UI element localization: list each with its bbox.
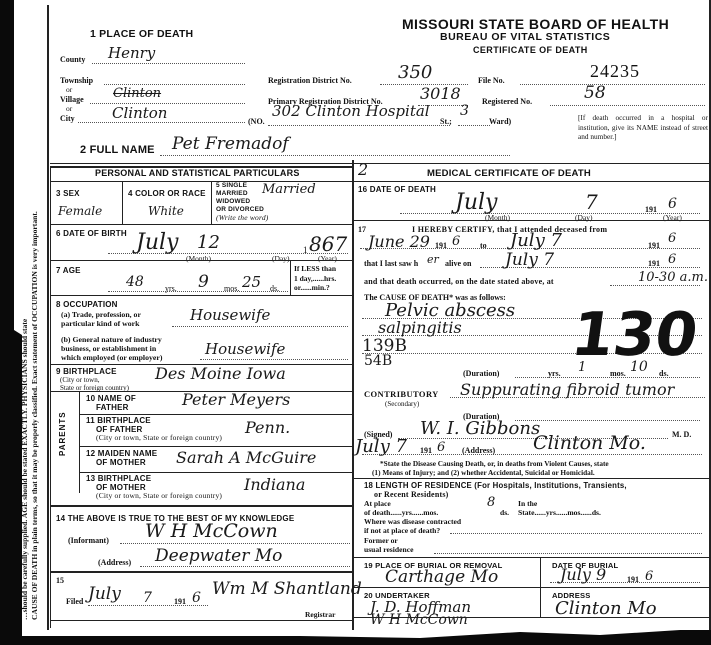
cause-footnote: *State the Disease Causing Death, or, in…	[372, 459, 609, 477]
filed-month[interactable]: July	[88, 584, 121, 604]
yrs-label: yrs.	[165, 284, 177, 293]
to-label: to	[480, 241, 487, 250]
primary-reg-value[interactable]: 3018	[420, 84, 461, 103]
sex-value[interactable]: Female	[58, 204, 102, 218]
city-value[interactable]: Clinton	[112, 104, 167, 122]
physician-address[interactable]: Clinton Mo.	[533, 432, 646, 454]
race-value[interactable]: White	[148, 204, 184, 218]
corner-mark: 2	[358, 160, 368, 179]
registrar-signature[interactable]: Wm M Shantland	[212, 579, 362, 599]
last-saw-text: that I last saw h	[364, 259, 418, 268]
mother-name-value[interactable]: Sarah A McGuire	[176, 448, 316, 467]
burial-date[interactable]: July 9	[560, 565, 606, 584]
place-of-death-heading: 1 PLACE OF DEATH	[90, 28, 193, 40]
filed-year[interactable]: 6	[192, 590, 201, 606]
full-name-value[interactable]: Pet Fremadof	[172, 134, 289, 154]
parents-label: PARENTS	[58, 411, 67, 456]
duration-mos[interactable]: 1	[578, 360, 586, 375]
township-label: Township	[60, 76, 93, 85]
last-saw-pronoun[interactable]: er	[427, 253, 439, 266]
full-name-label: 2 FULL NAME	[80, 144, 155, 156]
undertaker-value-2[interactable]: W H McCown	[370, 612, 468, 628]
secondary-label: (Secondary)	[385, 400, 419, 408]
dob-year-prefix: 1	[303, 245, 308, 255]
age-months[interactable]: 9	[198, 272, 209, 292]
attended-from[interactable]: June 29	[368, 232, 430, 251]
filed-number: 15	[56, 576, 64, 585]
county-value[interactable]: Henry	[108, 44, 155, 62]
duration-ds[interactable]: 10	[630, 359, 648, 375]
filed-label: Filed	[66, 597, 83, 606]
signed-year[interactable]: 6	[437, 440, 445, 455]
board-title: MISSOURI STATE BOARD OF HEALTH	[402, 16, 669, 32]
code-2: 54B	[364, 353, 392, 369]
bureau-title: BUREAU OF VITAL STATISTICS	[440, 31, 610, 43]
scan-bottom-edge	[0, 630, 711, 645]
last-saw-year[interactable]: 6	[668, 252, 676, 267]
dod-month[interactable]: July	[455, 190, 497, 215]
ward-value[interactable]: 3	[460, 103, 469, 119]
scan-edge	[0, 0, 22, 645]
burial-year[interactable]: 6	[645, 569, 653, 584]
birthplace-value[interactable]: Des Moine Iowa	[155, 364, 286, 383]
registered-no-value[interactable]: 58	[584, 83, 606, 103]
certify-number: 17	[358, 225, 366, 234]
race-label: 4 COLOR OR RACE	[128, 189, 206, 198]
residence-label: 18 LENGTH OF RESIDENCE (For Hospitals, I…	[364, 481, 627, 499]
county-label: County	[60, 55, 85, 64]
st-label: St.;	[440, 117, 452, 126]
father-name-value[interactable]: Peter Meyers	[182, 390, 290, 409]
contributory-label: CONTRIBUTORY	[364, 389, 439, 399]
age-days[interactable]: 25	[242, 273, 261, 291]
informant-address-value[interactable]: Deepwater Mo	[155, 546, 282, 566]
month-caption: (Month)	[186, 254, 211, 263]
village-value[interactable]: Clinton	[113, 86, 161, 101]
file-no-label: File No.	[478, 76, 505, 85]
attended-to-year[interactable]: 6	[668, 231, 676, 246]
certificate-title: CERTIFICATE OF DEATH	[473, 45, 588, 55]
dod-day[interactable]: 7	[585, 190, 598, 214]
side-instructions: …should be carefully supplied. AGE shoul…	[20, 211, 40, 620]
birthplace-label: 9 BIRTHPLACE	[56, 367, 117, 376]
frame-left	[47, 5, 49, 630]
day-caption: (Day)	[272, 254, 290, 263]
dob-year[interactable]: 867	[309, 232, 347, 256]
burial-place-value[interactable]: Carthage Mo	[385, 567, 498, 587]
cause-line-2[interactable]: salpingitis	[378, 318, 462, 337]
attended-to[interactable]: July 7	[510, 230, 562, 251]
last-saw-date[interactable]: July 7	[505, 250, 554, 270]
occupation-a-value[interactable]: Housewife	[190, 306, 270, 324]
personal-section-title: PERSONAL AND STATISTICAL PARTICULARS	[95, 168, 300, 178]
mother-birthplace-value[interactable]: Indiana	[244, 475, 305, 494]
alive-on-text: alive on	[445, 259, 471, 268]
street-value[interactable]: 302 Clinton Hospital	[272, 102, 430, 120]
undertaker-address-value[interactable]: Clinton Mo	[555, 598, 657, 619]
informant-address-label: (Address)	[98, 558, 131, 567]
duration-label: (Duration)	[463, 369, 499, 378]
dob-label: 6 DATE OF BIRTH	[56, 229, 127, 238]
physician-signature[interactable]: W. I. Gibbons	[420, 418, 540, 439]
city-label: City	[60, 114, 75, 123]
marital-labels: 5 SINGLE MARRIED WIDOWED OR DIVORCED (Wr…	[216, 182, 269, 222]
sex-label: 3 SEX	[56, 189, 80, 198]
filed-year-prefix: 191	[174, 597, 186, 606]
registrar-label: Registrar	[305, 610, 335, 619]
age-label: 7 AGE	[56, 266, 81, 275]
dob-month[interactable]: July	[136, 230, 178, 255]
reg-district-label: Registration District No.	[268, 76, 352, 85]
reg-district-value[interactable]: 350	[398, 62, 432, 83]
dod-year-prefix: 191	[645, 205, 657, 214]
year-caption: (Year)	[318, 254, 337, 263]
or-text: or	[66, 104, 72, 113]
or-text: or	[66, 85, 72, 94]
death-time[interactable]: 10-30 a.m.	[638, 270, 708, 285]
occupation-label: 8 OCCUPATION	[56, 300, 118, 309]
attended-from-year[interactable]: 6	[452, 234, 460, 249]
file-no-value: 24235	[590, 61, 640, 82]
less-than-text: If LESS than 1 day,......hrs. or......mi…	[294, 264, 336, 293]
age-years[interactable]: 48	[126, 274, 144, 290]
medical-section-title: MEDICAL CERTIFICATE OF DEATH	[427, 168, 591, 179]
registered-no-label: Registered No.	[482, 97, 532, 106]
dob-day[interactable]: 12	[197, 232, 220, 253]
contributory-value[interactable]: Suppurating fibroid tumor	[460, 380, 674, 399]
death-occurred-text: and that death occurred, on the date sta…	[364, 277, 554, 286]
occupation-b-value[interactable]: Housewife	[205, 340, 285, 358]
informant-label: (Informant)	[68, 536, 109, 545]
residence-days[interactable]: 8	[487, 495, 495, 510]
father-birthplace-value[interactable]: Penn.	[245, 418, 290, 437]
mos-label: mos.	[224, 284, 239, 293]
no-label: (NO.	[248, 117, 265, 126]
marital-value[interactable]: Married	[262, 182, 316, 197]
signed-date[interactable]: July 7	[355, 436, 407, 457]
ds-label: ds.	[270, 284, 279, 293]
informant-value[interactable]: W H McCown	[145, 520, 278, 542]
dod-label: 16 DATE OF DEATH	[358, 185, 436, 194]
hospital-note: [If death occurred in a hospital or inst…	[578, 113, 708, 142]
village-label: Village	[60, 95, 84, 104]
filed-day[interactable]: 7	[143, 590, 152, 606]
ward-label: Ward)	[489, 117, 511, 126]
dod-year[interactable]: 6	[668, 196, 677, 212]
